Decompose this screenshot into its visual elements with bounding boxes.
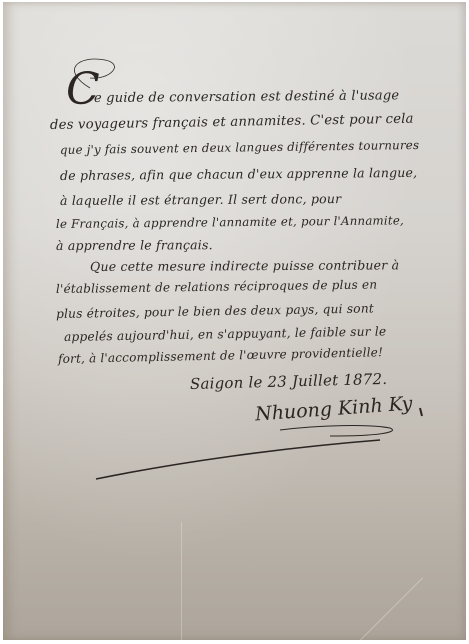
signature-flourish-icon [0,0,469,644]
